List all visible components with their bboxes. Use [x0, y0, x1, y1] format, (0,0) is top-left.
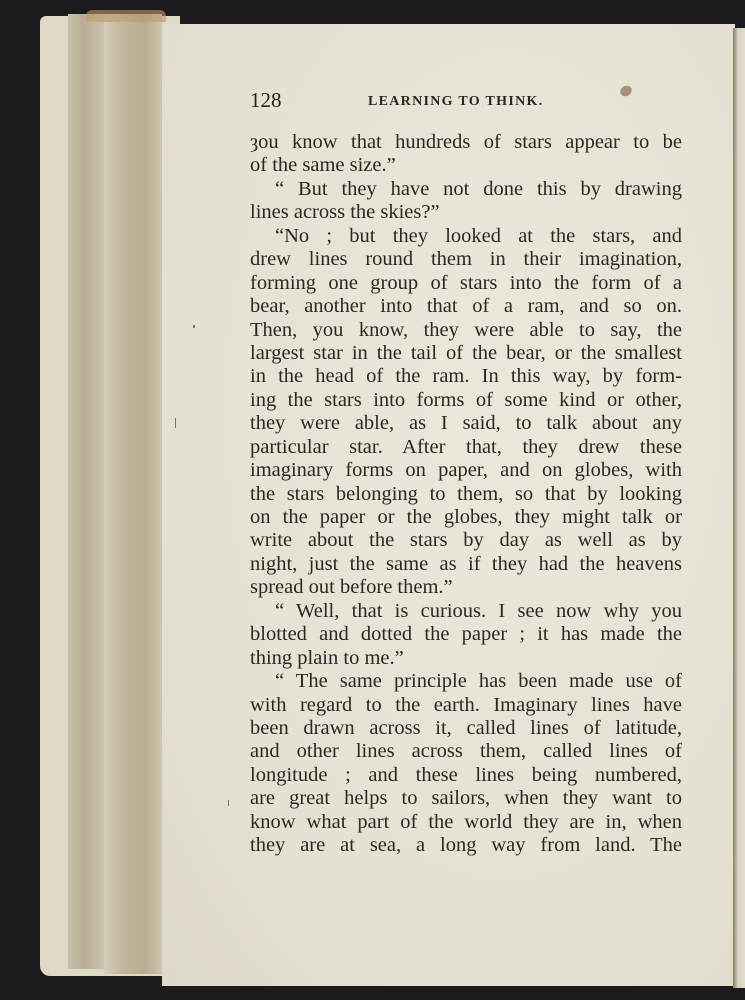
text-line: largest star in the tail of the bear, or… — [250, 342, 682, 365]
text-line: are great helps to sailors, when they wa… — [250, 787, 682, 810]
text-line: particular star. After that, they drew t… — [250, 436, 682, 459]
text-line: spread out before them.” — [250, 576, 682, 599]
text-line: “No ; but they looked at the stars, and — [250, 225, 682, 248]
page-number: 128 — [250, 88, 282, 113]
text-line: in the head of the ram. In this way, by … — [250, 365, 682, 388]
text-line: write about the stars by day as well as … — [250, 529, 682, 552]
text-line: night, just the same as if they had the … — [250, 553, 682, 576]
spine-top — [86, 10, 166, 22]
text-line: forming one group of stars into the form… — [250, 272, 682, 295]
paper-speck — [228, 800, 229, 806]
text-line: thing plain to me.” — [250, 647, 682, 670]
page-edges — [68, 14, 104, 969]
text-line: know what part of the world they are in,… — [250, 811, 682, 834]
book-gutter — [733, 28, 745, 988]
text-line: the stars belonging to them, so that by … — [250, 483, 682, 506]
text-line: of the same size.” — [250, 154, 682, 177]
text-line: “ The same principle has been made use o… — [250, 670, 682, 693]
body-text: ȝou know that hundreds of stars appear t… — [250, 131, 682, 858]
text-line: ing the stars into forms of some kind or… — [250, 389, 682, 412]
paper-speck — [193, 325, 195, 328]
text-line: with regard to the earth. Imaginary line… — [250, 694, 682, 717]
text-line: bear, another into that of a ram, and so… — [250, 295, 682, 318]
text-line: imaginary forms on paper, and on globes,… — [250, 459, 682, 482]
text-line: they are at sea, a long way from land. T… — [250, 834, 682, 857]
text-line: longitude ; and these lines being number… — [250, 764, 682, 787]
page-header: 128 LEARNING TO THINK. — [250, 88, 680, 118]
running-title: LEARNING TO THINK. — [368, 94, 544, 110]
text-line: drew lines round them in their imaginati… — [250, 248, 682, 271]
text-line: on the paper or the globes, they might t… — [250, 506, 682, 529]
text-line: been drawn across it, called lines of la… — [250, 717, 682, 740]
text-line: and other lines across them, called line… — [250, 740, 682, 763]
text-line: “ But they have not done this by drawing — [250, 178, 682, 201]
text-line: “ Well, that is curious. I see now why y… — [250, 600, 682, 623]
text-line: they were able, as I said, to talk about… — [250, 412, 682, 435]
paper-speck — [175, 418, 176, 428]
page-edges-inner — [104, 14, 162, 974]
text-line: blotted and dotted the paper ; it has ma… — [250, 623, 682, 646]
text-line: Then, you know, they were able to say, t… — [250, 319, 682, 342]
text-line: ȝou know that hundreds of stars appear t… — [250, 131, 682, 154]
text-line: lines across the skies?” — [250, 201, 682, 224]
